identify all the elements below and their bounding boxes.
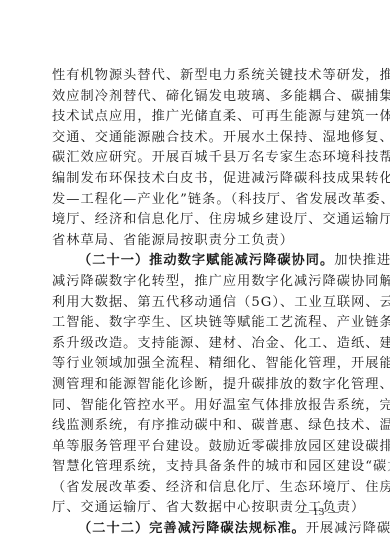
text-line: 效应制冷剂替代、碲化镉发电玻璃、多能耦合、碳捕集与利用等 xyxy=(52,87,342,108)
text-line: 碳汇效应研究。开展百城千县万名专家生态环境科技帮扶行动， xyxy=(52,148,342,169)
text-line: 减污降碳数字化转型，推广应用数字化减污降碳协同解决方案。 xyxy=(52,272,342,293)
text-line: 工智能、数字孪生、区块链等赋能工艺流程、产业链条、管理体 xyxy=(52,313,342,334)
text-line: 交通、交通能源融合技术。开展水土保持、湿地修复、城市绿化 xyxy=(52,128,342,149)
section-21-first-line: （二十一）推动数字赋能减污降碳协同。加快推进重点领域 xyxy=(52,251,342,272)
section-22-text: 开展减污降碳协同法规 xyxy=(306,521,390,536)
body-text: 性有机物源头替代、新型电力系统关键技术等研发，推动低温室 效应制冷剂替代、碲化镉… xyxy=(52,66,342,540)
page-number: — 13 — xyxy=(298,506,340,518)
document-page: 性有机物源头替代、新型电力系统关键技术等研发，推动低温室 效应制冷剂替代、碲化镉… xyxy=(0,0,390,551)
text-line: 线监测系统，有序推动碳中和、碳普惠、绿色技术、温室气体清 xyxy=(52,416,342,437)
section-21-heading: （二十一）推动数字赋能减污降碳协同。 xyxy=(78,253,334,268)
text-line: 单等服务管理平台建设。鼓励近零碳排放园区建设碳排放和能源 xyxy=(52,437,342,458)
text-line: 等行业领域加强全流程、精细化、智能化管理，开展能耗在线监 xyxy=(52,354,342,375)
text-line: 智慧化管理系统，支持具备条件的城市和园区建设“碳大脑”。 xyxy=(52,457,342,478)
text-line: 编制发布环保技术白皮书，促进减污降碳科技成果转化，打通“研 xyxy=(52,169,342,190)
section-22-first-line: （二十二）完善减污降碳法规标准。开展减污降碳协同法规 xyxy=(52,519,342,540)
section-22-heading: （二十二）完善减污降碳法规标准。 xyxy=(78,521,306,536)
text-line: 技术试点应用，推广光储直柔、可再生能源与建筑一体化、智慧 xyxy=(52,107,342,128)
section-21-text: 加快推进重点领域 xyxy=(334,253,390,268)
text-line: 发—工程化—产业化”链条。（科技厅、省发展改革委、生态环 xyxy=(52,190,342,211)
text-line: 同、智能化管控水平。用好温室气体排放报告系统，完善能耗在 xyxy=(52,396,342,417)
text-line: 利用大数据、第五代移动通信（5G）、工业互联网、云计算、人 xyxy=(52,293,342,314)
text-line: 性有机物源头替代、新型电力系统关键技术等研发，推动低温室 xyxy=(52,66,342,87)
text-line: 省林草局、省能源局按职责分工负责） xyxy=(52,231,342,252)
text-line: 测管理和能源智能化诊断，提升碳排放的数字化管理、网络化协 xyxy=(52,375,342,396)
text-line: （省发展改革委、经济和信息化厅、生态环境厅、住房城乡建设 xyxy=(52,478,342,499)
text-line: 系升级改造。支持能源、建材、冶金、化工、造纸、建筑、交通 xyxy=(52,334,342,355)
text-line: 境厅、经济和信息化厅、住房城乡建设厅、交通运输厅、水利厅、 xyxy=(52,210,342,231)
